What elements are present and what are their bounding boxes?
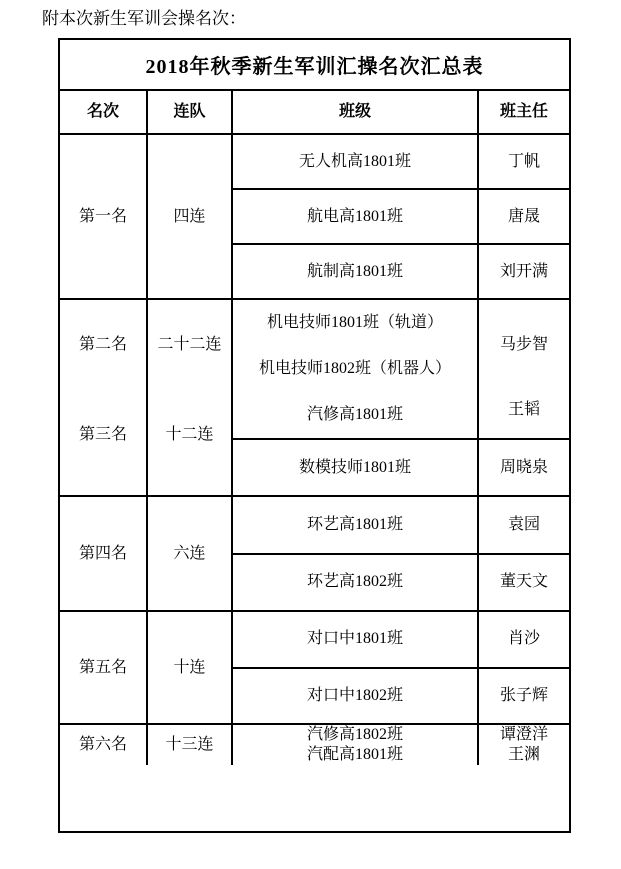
class-row: 航制高1801班 刘开满: [233, 245, 569, 298]
class-cell: 航制高1801班: [233, 245, 479, 298]
table-title: 2018年秋季新生军训汇操名次汇总表: [146, 50, 484, 79]
teacher-cell: 袁园: [479, 497, 569, 553]
document-page: { "colors": { "background": "#ffffff", "…: [0, 0, 621, 869]
class-rows: 环艺高1801班 袁园 环艺高1802班 董天文: [233, 497, 569, 610]
teacher-cell: 肖沙: [479, 612, 569, 667]
company-label: 二十二连: [157, 300, 221, 390]
class-row: 对口中1801班 肖沙: [233, 612, 569, 669]
table-header-row: 名次 连队 班级 班主任: [60, 91, 569, 135]
rank-cell: 第六名: [60, 725, 148, 765]
teacher-label: 马步智: [500, 300, 548, 390]
class-row: 环艺高1801班 袁园: [233, 497, 569, 555]
class-cell: 汽修高1802班: [233, 725, 479, 745]
class-cell: 汽配高1801班: [233, 745, 479, 765]
rank-label: 第二名: [79, 300, 127, 390]
teacher-cell: 谭澄洋: [479, 725, 569, 745]
class-cell: 对口中1801班: [233, 612, 479, 667]
class-rows: 对口中1801班 肖沙 对口中1802班 张子辉: [233, 612, 569, 723]
class-cell: 数模技师1801班: [233, 440, 479, 495]
company-label: 十二连: [165, 390, 213, 480]
company-cell: 二十二连 十二连: [148, 300, 233, 495]
row-group-rank-1: 第一名 四连 无人机高1801班 丁帆 航电高1801班 唐晟 航制高1801班…: [60, 135, 569, 300]
teacher-cell: 马步智 王韬: [479, 300, 569, 438]
class-row: 无人机高1801班 丁帆: [233, 135, 569, 190]
header-cell-rank: 名次: [60, 91, 148, 133]
class-cell: 航电高1801班: [233, 190, 479, 243]
class-rows: 机电技师1801班（轨道） 机电技师1802班（机器人） 汽修高1801班 马步…: [233, 300, 569, 495]
class-rows: 无人机高1801班 丁帆 航电高1801班 唐晟 航制高1801班 刘开满: [233, 135, 569, 298]
table-title-row: 2018年秋季新生军训汇操名次汇总表: [60, 40, 569, 91]
ranking-table: 2018年秋季新生军训汇操名次汇总表 名次 连队 班级 班主任 第一名 四连 无…: [58, 38, 571, 833]
class-row: 环艺高1802班 董天文: [233, 555, 569, 611]
teacher-label: 王韬: [508, 390, 540, 430]
header-cell-class: 班级: [233, 91, 479, 133]
class-row: 汽配高1801班 王渊: [233, 745, 569, 765]
class-cell: 机电技师1801班（轨道） 机电技师1802班（机器人） 汽修高1801班: [233, 300, 479, 438]
class-cell: 环艺高1801班: [233, 497, 479, 553]
class-cell: 环艺高1802班: [233, 555, 479, 611]
teacher-cell: 张子辉: [479, 669, 569, 724]
class-cell: 无人机高1801班: [233, 135, 479, 188]
rank-label: 第三名: [79, 390, 127, 480]
class-label: 机电技师1802班（机器人）: [259, 359, 451, 379]
rank-cell: 第四名: [60, 497, 148, 610]
class-row: 汽修高1802班 谭澄洋: [233, 725, 569, 745]
class-cell: 对口中1802班: [233, 669, 479, 724]
header-cell-company: 连队: [148, 91, 233, 133]
class-row: 机电技师1801班（轨道） 机电技师1802班（机器人） 汽修高1801班 马步…: [233, 300, 569, 440]
row-group-rank-2-3: 第二名 第三名 二十二连 十二连 机电技师1801班（轨道） 机电技师1802班…: [60, 300, 569, 497]
header-cell-teacher: 班主任: [479, 91, 569, 133]
class-label: 汽修高1801班: [307, 405, 403, 425]
teacher-cell: 丁帆: [479, 135, 569, 188]
class-row: 对口中1802班 张子辉: [233, 669, 569, 724]
row-group-rank-5: 第五名 十连 对口中1801班 肖沙 对口中1802班 张子辉: [60, 612, 569, 725]
rank-cell: 第五名: [60, 612, 148, 723]
intro-text: 附本次新生军训会操名次：: [42, 8, 246, 30]
company-cell: 十连: [148, 612, 233, 723]
teacher-cell: 唐晟: [479, 190, 569, 243]
teacher-cell: 董天文: [479, 555, 569, 611]
teacher-cell: 王渊: [479, 745, 569, 765]
row-group-rank-6: 第六名 十三连 汽修高1802班 谭澄洋 汽配高1801班 王渊: [60, 725, 569, 765]
class-row: 数模技师1801班 周晓泉: [233, 440, 569, 495]
rank-cell: 第一名: [60, 135, 148, 298]
class-label: 机电技师1801班（轨道）: [267, 313, 443, 333]
teacher-cell: 刘开满: [479, 245, 569, 298]
row-group-rank-4: 第四名 六连 环艺高1801班 袁园 环艺高1802班 董天文: [60, 497, 569, 612]
rank-cell: 第二名 第三名: [60, 300, 148, 495]
class-rows: 汽修高1802班 谭澄洋 汽配高1801班 王渊: [233, 725, 569, 765]
company-cell: 四连: [148, 135, 233, 298]
teacher-cell: 周晓泉: [479, 440, 569, 495]
class-row: 航电高1801班 唐晟: [233, 190, 569, 245]
company-cell: 六连: [148, 497, 233, 610]
company-cell: 十三连: [148, 725, 233, 765]
